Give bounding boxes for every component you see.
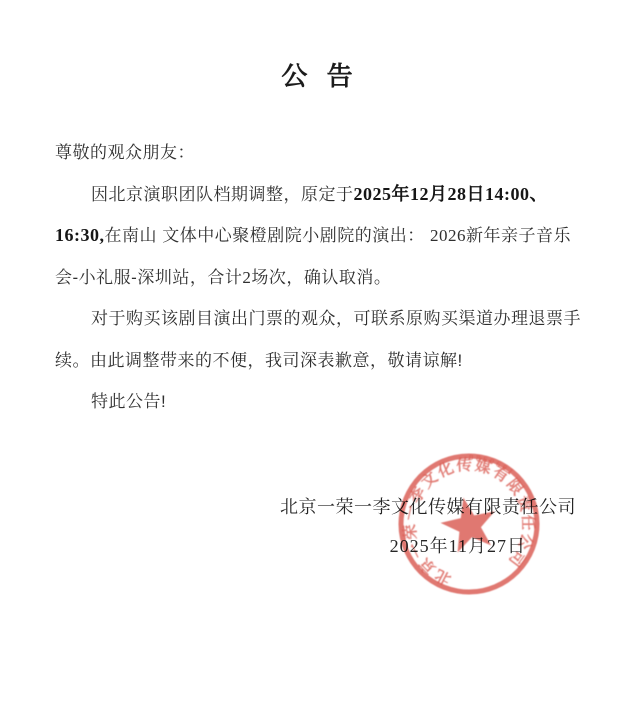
salutation: 尊敬的观众朋友： [55, 132, 600, 174]
body-run: 会-小礼服-深圳站，合计 [55, 268, 242, 287]
signature-date: 2025年11月27日 [390, 532, 526, 558]
company-seal: 北京一荣一李文化传媒有限责任公司 0860601 [359, 414, 579, 634]
announcement-document: 公 告 尊敬的观众朋友： 因北京演职团队档期调整，原定于2025年12月28日1… [0, 0, 640, 714]
body-run: 在南山 文体中心聚橙剧院小剧院的演出： [105, 226, 430, 245]
body-run: 2026 [430, 226, 466, 245]
company-seal-graphic: 北京一荣一李文化传媒有限责任公司 0860601 [359, 414, 579, 634]
page-title: 公 告 [0, 56, 640, 93]
body-run-bold: 2025年12月28日14:00、 [354, 184, 549, 204]
body-run: 因北京演职团队档期调整，原定于 [91, 185, 354, 204]
body-run: 特此公告! [91, 392, 166, 411]
body-run: 续。由此调整带来的不便，我司深表歉意，敬请谅解! [55, 351, 463, 370]
body-line: 会-小礼服-深圳站，合计2场次，确认取消。 [55, 257, 600, 299]
body-line: 因北京演职团队档期调整，原定于2025年12月28日14:00、 [55, 174, 600, 216]
seal-serial-text: 0860601 [467, 443, 519, 486]
body-run: 新年亲子音乐 [466, 226, 571, 245]
body-line: 特此公告! [55, 381, 600, 423]
body-line: 16:30,在南山 文体中心聚橙剧院小剧院的演出： 2026新年亲子音乐 [55, 215, 600, 257]
signature-company: 北京一荣一李文化传媒有限责任公司 [280, 493, 576, 519]
body-run: 场次，确认取消。 [251, 268, 391, 287]
body-run-bold: 16:30, [55, 225, 105, 245]
body-line: 续。由此调整带来的不便，我司深表歉意，敬请谅解! [55, 340, 600, 382]
body-run: 对于购买该剧目演出门票的观众，可联系原购买渠道办理退票手 [91, 309, 581, 328]
seal-ring [388, 443, 549, 604]
body-line: 对于购买该剧目演出门票的观众，可联系原购买渠道办理退票手 [55, 298, 600, 340]
body-run: 2 [242, 268, 251, 287]
body-lines: 尊敬的观众朋友： 因北京演职团队档期调整，原定于2025年12月28日14:00… [55, 132, 600, 423]
